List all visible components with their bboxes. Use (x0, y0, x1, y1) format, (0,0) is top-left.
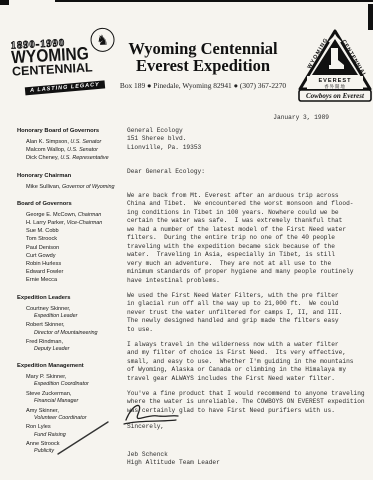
letter-paragraphs: We are back from Mt. Everest after an ar… (127, 192, 371, 416)
member-name: Robert Skinner, (26, 322, 65, 328)
letter-date: January 3, 1989 (127, 114, 329, 123)
member-name: Dick Cheney, (26, 155, 59, 161)
roster-member: Malcom Wallop, U.S. Senator (17, 146, 129, 154)
letter-paragraph: We used the First Need Water Filters, wi… (127, 292, 371, 335)
roster-member: Paul Denison (17, 244, 129, 252)
member-name: George E. McCown, (26, 212, 76, 218)
section-heading: Expedition Management (17, 363, 129, 370)
scanned-letter-page: ♞ 1890-1990 WYOMING CENTENNIAL A LASTING… (0, 0, 373, 480)
sidebar-section: Board of GovernorsGeorge E. McCown, Chai… (17, 201, 129, 285)
roster-member: Alan K. Simpson, U.S. Senator (17, 138, 129, 146)
title-line-2: Everest Expedition (108, 57, 298, 74)
member-title: U.S. Senator (66, 147, 98, 153)
banner-cowboys-on-everest: Cowboys on Everest (306, 92, 365, 100)
member-name: Mary P. Skinner, (26, 374, 66, 380)
member-name: H. Larry Parker, (26, 220, 65, 226)
roster-member: Fred Rindman,Deputy Leader (17, 338, 129, 353)
member-title: Vice-Chairman (65, 220, 102, 226)
member-name: Paul Denison (26, 245, 59, 251)
section-heading: Board of Governors (17, 201, 129, 208)
member-name: Fred Rindman, (26, 339, 63, 345)
member-title: Expedition Leader (26, 313, 129, 320)
sidebar-section: Honorary ChairmanMike Sullivan, Governor… (17, 173, 129, 191)
cowboys-on-everest-logo: EVEREST 香外開地 WYOMING CENTENNIAL Cowboys … (296, 28, 373, 109)
recipient-line: 151 Sheree blvd. (127, 135, 371, 144)
recipient-line: General Ecology (127, 127, 371, 136)
member-name: Robin Hurless (26, 261, 61, 267)
scan-artifact-top-line (55, 0, 373, 2)
roster-member: George E. McCown, Chairman (17, 211, 129, 219)
letter-paragraph: We are back from Mt. Everest after an ar… (127, 192, 371, 286)
everest-label: EVEREST (318, 78, 351, 84)
member-name: Steve Zuckerman, (26, 391, 71, 397)
letter-paragraph: I always travel in the wilderness now wi… (127, 341, 371, 384)
member-title: Deputy Leader (26, 346, 129, 353)
member-name: Courtney Skinner, (26, 306, 70, 312)
member-name: Alan K. Simpson, (26, 139, 69, 145)
signature-scribble (48, 398, 188, 460)
member-name: Edward Fowler (26, 269, 63, 275)
scan-artifact-top-left (0, 0, 9, 5)
letterhead-address: Box 189 ● Pinedale, Wyoming 82941 ● (307… (108, 81, 298, 90)
roster-member: Sue M. Cobb (17, 227, 129, 235)
sidebar-section: Honorary Board of GovernorsAlan K. Simps… (17, 128, 129, 163)
roster-member: Mary P. Skinner,Expedition Coordinator (17, 373, 129, 388)
member-name: Tom Stroock (26, 236, 57, 242)
member-name: Sue M. Cobb (26, 228, 59, 234)
cjk-characters: 香外開地 (324, 83, 346, 90)
roster-member: Tom Stroock (17, 235, 129, 243)
sidebar-section: Expedition LeadersCourtney Skinner,Exped… (17, 295, 129, 354)
section-heading: Honorary Chairman (17, 173, 129, 180)
member-name: Malcom Wallop, (26, 147, 66, 153)
signer-title: High Altitude Team Leader (127, 459, 371, 468)
member-title: Director of Mountaineering (26, 330, 129, 337)
member-name: Curt Gowdy (26, 253, 56, 259)
roster-member: Robin Hurless (17, 260, 129, 268)
title-line-1: Wyoming Centennial (108, 40, 298, 57)
member-name: Ernie Mecca (26, 277, 57, 283)
recipient-address: General Ecology 151 Sheree blvd. Lionvil… (127, 127, 371, 153)
roster-member: Dick Cheney, U.S. Representative (17, 154, 129, 162)
member-name: Mike Sullivan, (26, 184, 61, 190)
roster-member: Courtney Skinner,Expedition Leader (17, 305, 129, 320)
salutation: Dear General Ecology: (127, 168, 371, 177)
member-title: Governor of Wyoming (61, 184, 115, 190)
member-title: U.S. Representative (59, 155, 109, 161)
roster-member: Mike Sullivan, Governor of Wyoming (17, 183, 129, 191)
logo-banner: A LASTING LEGACY (25, 80, 105, 95)
roster-member: Curt Gowdy (17, 252, 129, 260)
roster-member: Robert Skinner,Director of Mountaineerin… (17, 321, 129, 336)
everest-triangle-icon: EVEREST 香外開地 WYOMING CENTENNIAL Cowboys … (296, 28, 373, 104)
section-heading: Honorary Board of Governors (17, 128, 129, 135)
roster-member: Edward Fowler (17, 268, 129, 276)
section-heading: Expedition Leaders (17, 295, 129, 302)
roster-member: H. Larry Parker, Vice-Chairman (17, 219, 129, 227)
member-title: Expedition Coordinator (26, 381, 129, 388)
wyoming-centennial-logo: ♞ 1890-1990 WYOMING CENTENNIAL A LASTING… (10, 35, 113, 102)
member-name: Ron Lyles (26, 424, 51, 430)
member-title: Chairman (76, 212, 101, 218)
member-title: U.S. Senator (69, 139, 101, 145)
letterhead-center: Wyoming Centennial Everest Expedition Bo… (108, 40, 298, 90)
letterhead-title: Wyoming Centennial Everest Expedition (108, 40, 298, 74)
recipient-line: Lionville, Pa. 19353 (127, 144, 371, 153)
roster-member: Ernie Mecca (17, 276, 129, 284)
scan-artifact-right-edge (368, 4, 373, 30)
